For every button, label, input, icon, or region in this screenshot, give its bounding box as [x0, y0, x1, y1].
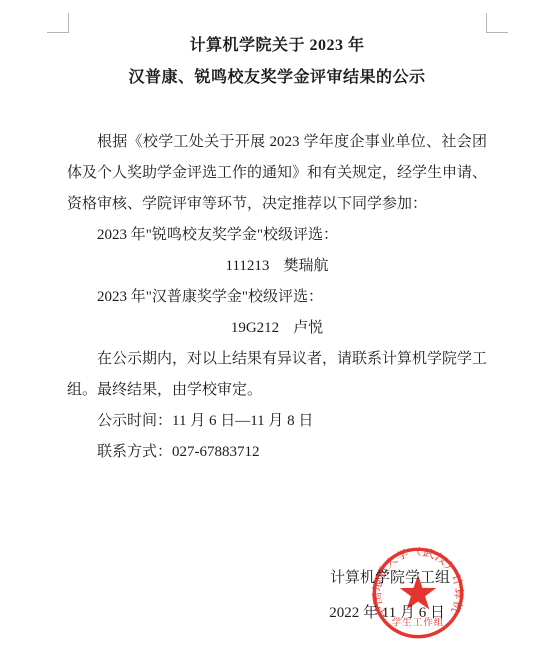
contact-line: 联系方式：027-67883712 [67, 437, 487, 468]
signature-organization: 计算机学院学工组 [330, 563, 450, 594]
publicity-period-line: 公示时间：11 月 6 日—11 月 8 日 [67, 406, 487, 437]
objection-notice-paragraph: 在公示期内，对以上结果有异议者，请联系计算机学院学工组。最终结果，由学校审定。 [67, 344, 487, 406]
document-content: 计算机学院关于 2023 年 汉普康、锐鸣校友奖学金评审结果的公示 根据《校学工… [67, 30, 487, 468]
award1-winner-id: 111213 [226, 258, 270, 274]
document-title-line2: 汉普康、锐鸣校友奖学金评审结果的公示 [67, 62, 487, 94]
document-page: 计算机学院关于 2023 年 汉普康、锐鸣校友奖学金评审结果的公示 根据《校学工… [0, 0, 553, 657]
award2-winner-id: 19G212 [231, 320, 279, 336]
award2-heading: 2023 年"汉普康奖学金"校级评选： [67, 282, 487, 313]
crop-mark-top-right-horizontal [486, 32, 508, 33]
document-title-line1: 计算机学院关于 2023 年 [67, 30, 487, 62]
award2-winner-line: 19G212卢悦 [67, 313, 487, 344]
crop-mark-top-left-horizontal [47, 32, 69, 33]
award1-winner-name: 樊瑞航 [283, 258, 328, 274]
award1-heading: 2023 年"锐鸣校友奖学金"校级评选： [67, 220, 487, 251]
award1-winner-line: 111213樊瑞航 [67, 251, 487, 282]
document-body: 根据《校学工处关于开展 2023 学年度企事业单位、社会团体及个人奖助学金评选工… [67, 127, 487, 468]
intro-paragraph: 根据《校学工处关于开展 2023 学年度企事业单位、社会团体及个人奖助学金评选工… [67, 127, 487, 220]
signature-date: 2022 年 11 月 6 日 [329, 598, 445, 629]
award2-winner-name: 卢悦 [293, 320, 323, 336]
